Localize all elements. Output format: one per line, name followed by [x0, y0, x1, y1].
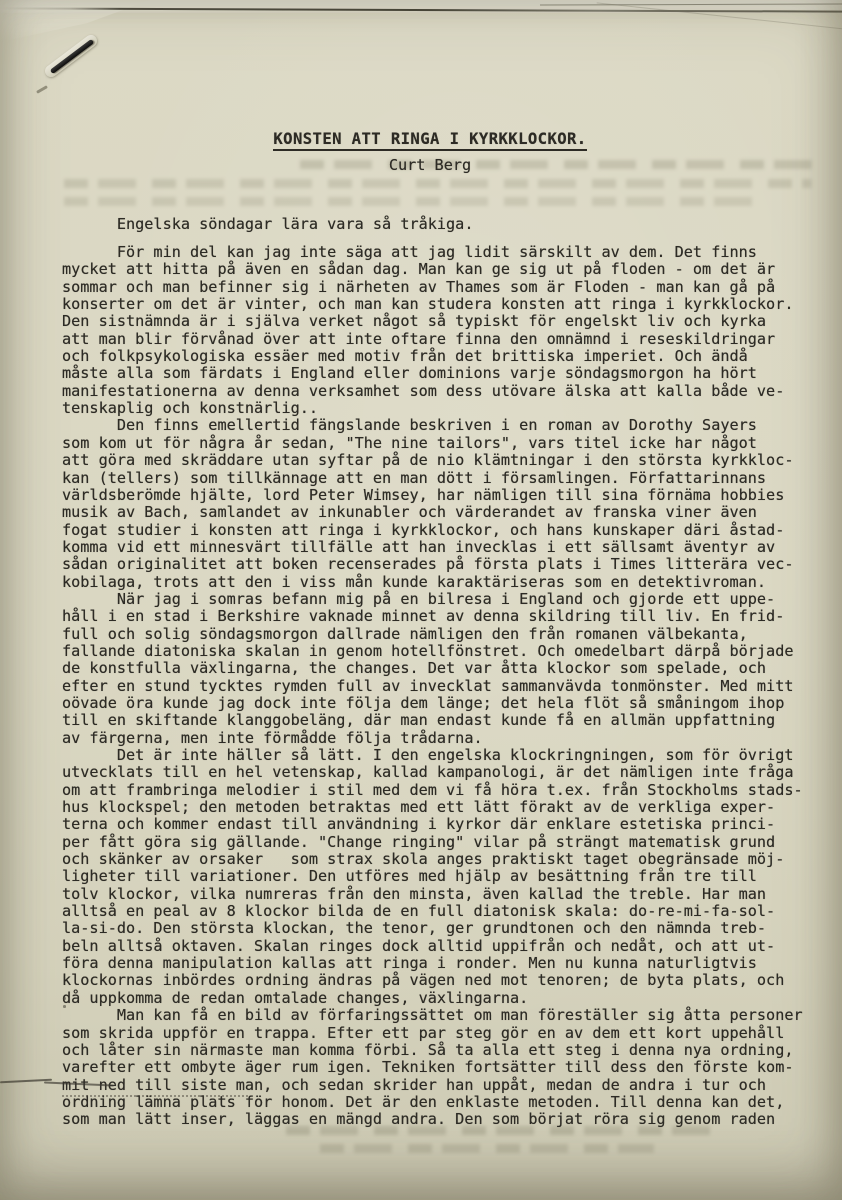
text-line: då uppkomma de redan omtalade changes, v… [62, 990, 798, 1007]
text-line: per fått göra sig gällande. "Change ring… [62, 834, 798, 851]
text-line: tenskaplig och konstnärlig.. [62, 400, 798, 417]
paragraphs: För min del kan jag inte säga att jag li… [62, 244, 798, 1129]
text-line: beln alltså oktaven. Skalan ringes dock … [62, 938, 798, 955]
text-line: sådan originalitet att boken recenserade… [62, 556, 798, 573]
text-line: som skrida uppför en trappa. Efter ett p… [62, 1025, 798, 1042]
staple-shadow [36, 85, 48, 94]
opening-line: Engelska söndagar lära vara så tråkiga. [62, 216, 798, 233]
text-line: oövade öra kunde jag dock inte följa dem… [62, 695, 798, 712]
text-line: alltså en peal av 8 klockor bilda de en … [62, 903, 798, 920]
text-line: måste alla som färdats i England eller d… [62, 365, 798, 382]
text-line: musik av Bach, samlandet av inkunabler o… [62, 504, 798, 521]
document-body: KONSTEN ATT RINGA I KYRKKLOCKOR. Curt Be… [62, 131, 798, 1129]
text-line: Den finns emellertid fängslande beskrive… [62, 417, 798, 434]
text-line: och folkpsykologiska essäer med motiv fr… [62, 348, 798, 365]
text-line: utvecklats till en hel vetenskap, kallad… [62, 764, 798, 781]
document-author: Curt Berg [62, 157, 798, 174]
text-line: föra denna manipulation kallas att ringa… [62, 955, 798, 972]
staple-icon [50, 39, 95, 74]
text-line: la-si-do. Den största klockan, the tenor… [62, 920, 798, 937]
text-line: hus klockspel; den metoden betraktas med… [62, 799, 798, 816]
text-line: som kom ut för några år sedan, "The nine… [62, 435, 798, 452]
pencil-underline [62, 1086, 248, 1097]
text-line: full och solig söndagsmorgon dallrade nä… [62, 626, 798, 643]
scanned-page: KONSTEN ATT RINGA I KYRKKLOCKOR. Curt Be… [0, 0, 842, 1200]
text-line: och låter sin närmaste man komma förbi. … [62, 1042, 798, 1059]
text-line: efter en stund tycktes rymden full av in… [62, 678, 798, 695]
text-line: och skänker av orsaker som strax skola a… [62, 851, 798, 868]
text-line: mycket att hitta på även en sådan dag. M… [62, 261, 798, 278]
text-line: sommar och man befinner sig i närheten a… [62, 279, 798, 296]
title-row: KONSTEN ATT RINGA I KYRKKLOCKOR. [62, 131, 798, 151]
text-line: fallande diatoniska skalan in genom hote… [62, 643, 798, 660]
text-line: ligheter till variationer. Den utföres m… [62, 868, 798, 885]
text-line: klockornas inbördes ordning ändras på vä… [62, 972, 798, 989]
text-line: av färgerna, men inte förmådde följa trå… [62, 730, 798, 747]
text-line: till en skiftande klanggobeläng, där man… [62, 712, 798, 729]
text-line: världsberömde hjälte, lord Peter Wimsey,… [62, 487, 798, 504]
text-line: varefter ett ombyte äger rum igen. Tekni… [62, 1059, 798, 1076]
text-line: terna och kommer endast till användning … [62, 816, 798, 833]
text-line: att göra med skräddare utan syftar på de… [62, 452, 798, 469]
pencil-margin-mark [63, 997, 66, 1009]
text-line: kan (tellers) som tillkännage att en man… [62, 470, 798, 487]
text-line: För min del kan jag inte säga att jag li… [62, 244, 798, 261]
text-line: När jag i somras befann mig på en bilres… [62, 591, 798, 608]
text-line: komma vid ett minnesvärt tillfälle att h… [62, 539, 798, 556]
text-line: fogat studier i konsten att ringa i kyrk… [62, 522, 798, 539]
text-line: tolv klockor, vilka numreras från den mi… [62, 886, 798, 903]
text-line: Det är inte häller så lätt. I den engels… [62, 747, 798, 764]
text-line: Den sistnämnda är i själva verket något … [62, 313, 798, 330]
document-title: KONSTEN ATT RINGA I KYRKKLOCKOR. [273, 131, 586, 151]
text-line: kobilaga, trots att den i viss mån kunde… [62, 574, 798, 591]
text-line: om att frambringa melodier i stil med de… [62, 782, 798, 799]
text-line: som man lätt inser, läggas en mängd andr… [62, 1111, 798, 1128]
text-line: manifestationerna av denna verksamhet so… [62, 383, 798, 400]
text-line: Man kan få en bild av förfaringssättet o… [62, 1007, 798, 1024]
bleedthrough-text [320, 1144, 654, 1153]
text-line: att man blir förvånad över att inte ofta… [62, 331, 798, 348]
text-line: de konstfulla växlingarna, the changes. … [62, 660, 798, 677]
torn-edge-notch [0, 0, 150, 42]
text-line: håll i en stad i Berkshire vaknade minne… [62, 608, 798, 625]
text-line: konserter om det är vinter, och man kan … [62, 296, 798, 313]
